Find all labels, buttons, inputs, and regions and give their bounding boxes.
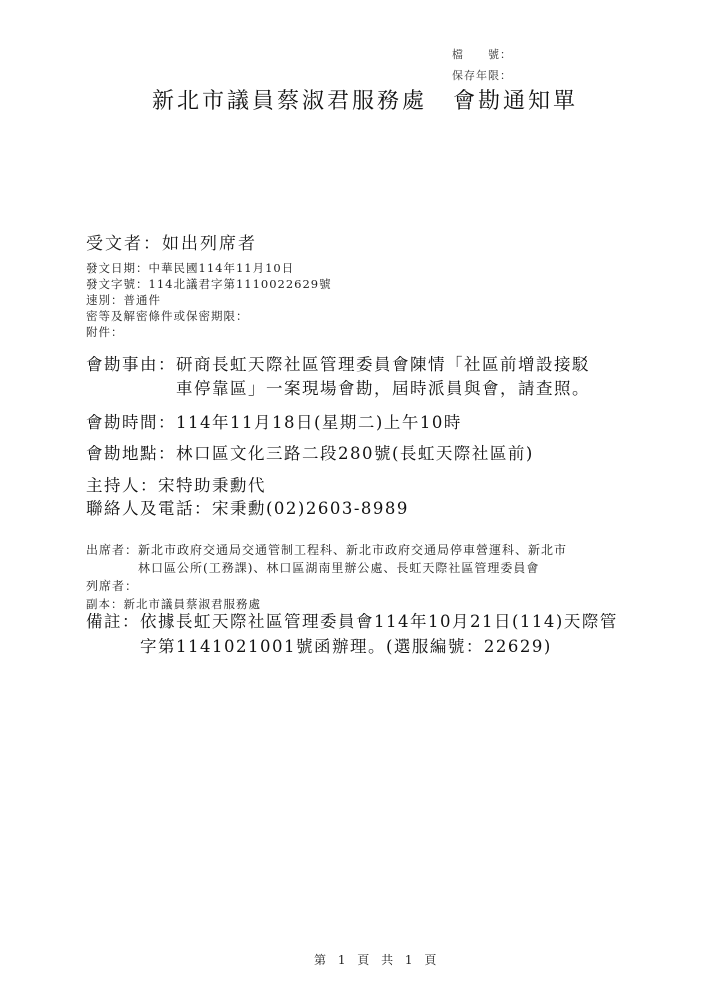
contact: 聯絡人及電話：宋秉勳(02)2603-8989 (86, 495, 409, 519)
issue-date-value: 中華民國114年11月10日 (149, 261, 295, 275)
subject-label: 會勘事由： (86, 353, 176, 377)
attendees-label: 出席者： (86, 541, 138, 559)
host-value: 宋特助秉勳代 (158, 476, 266, 495)
recipient-value: 如出列席者 (162, 234, 257, 254)
attendees-line-1: 新北市政府交通局交通管制工程科、新北市政府交通局停車營運科、新北市 (138, 541, 567, 559)
subject-block: 會勘事由：研商長虹天際社區管理委員會陳情「社區前增設接駁 會勘事由：車停靠區」一… (86, 353, 590, 401)
observers-label: 列席者： (86, 577, 138, 595)
location-label: 會勘地點： (86, 444, 176, 463)
subject-line-2: 車停靠區」一案現場會勘，屆時派員與會，請查照。 (176, 377, 590, 401)
time-label: 會勘時間： (86, 413, 176, 432)
attachments-label: 附件： (86, 325, 124, 339)
remarks-block: 備註：依據長虹天際社區管理委員會114年10月21日(114)天際管 備註：字第… (86, 609, 618, 659)
classification-label: 密等及解密條件或保密期限： (86, 309, 249, 323)
document-title: 新北市議員蔡淑君服務處會勘通知單 (152, 84, 578, 115)
contact-value: 宋秉勳(02)2603-8989 (212, 499, 409, 518)
issue-date: 發文日期：中華民國114年11月10日 (86, 260, 332, 276)
host: 主持人：宋特助秉勳代 (86, 472, 266, 496)
time-value: 114年11月18日(星期二)上午10時 (176, 413, 462, 432)
urgency-label: 速別： (86, 293, 124, 307)
attachments: 附件： (86, 324, 332, 340)
classification: 密等及解密條件或保密期限： (86, 308, 332, 324)
remarks-line-1: 依據長虹天際社區管理委員會114年10月21日(114)天際管 (140, 609, 618, 634)
office-name: 新北市議員蔡淑君服務處 (152, 89, 427, 114)
file-number-label: 檔 號： (452, 46, 512, 62)
document-type: 會勘通知單 (453, 89, 578, 114)
retention-period-label: 保存年限： (452, 67, 512, 83)
inspection-time: 會勘時間：114年11月18日(星期二)上午10時 (86, 409, 462, 433)
subject-line-1: 研商長虹天際社區管理委員會陳情「社區前增設接駁 (176, 353, 590, 377)
page-number: 第 1 頁 共 1 頁 (314, 951, 440, 968)
issue-number: 發文字號：114北議君字第1110022629號 (86, 276, 332, 292)
remarks-label: 備註： (86, 609, 140, 634)
issue-info: 發文日期：中華民國114年11月10日 發文字號：114北議君字第1110022… (86, 260, 332, 340)
location-value: 林口區文化三路二段280號(長虹天際社區前) (176, 444, 534, 463)
attendees-line-2: 林口區公所(工務課)、林口區湖南里辦公處、長虹天際社區管理委員會 (138, 559, 539, 577)
urgency: 速別：普通件 (86, 292, 332, 308)
attendees-block: 出席者：新北市政府交通局交通管制工程科、新北市政府交通局停車營運科、新北市 出席… (86, 541, 567, 613)
issue-number-label: 發文字號： (86, 277, 149, 291)
recipient-line: 受文者：如出列席者 (86, 229, 257, 254)
remarks-line-2: 字第1141021001號函辦理。(選服編號：22629) (140, 634, 552, 659)
issue-date-label: 發文日期： (86, 261, 149, 275)
urgency-value: 普通件 (124, 293, 162, 307)
host-label: 主持人： (86, 476, 158, 495)
recipient-label: 受文者： (86, 234, 162, 254)
inspection-location: 會勘地點：林口區文化三路二段280號(長虹天際社區前) (86, 440, 534, 464)
issue-number-value: 114北議君字第1110022629號 (149, 277, 332, 291)
contact-label: 聯絡人及電話： (86, 499, 212, 518)
